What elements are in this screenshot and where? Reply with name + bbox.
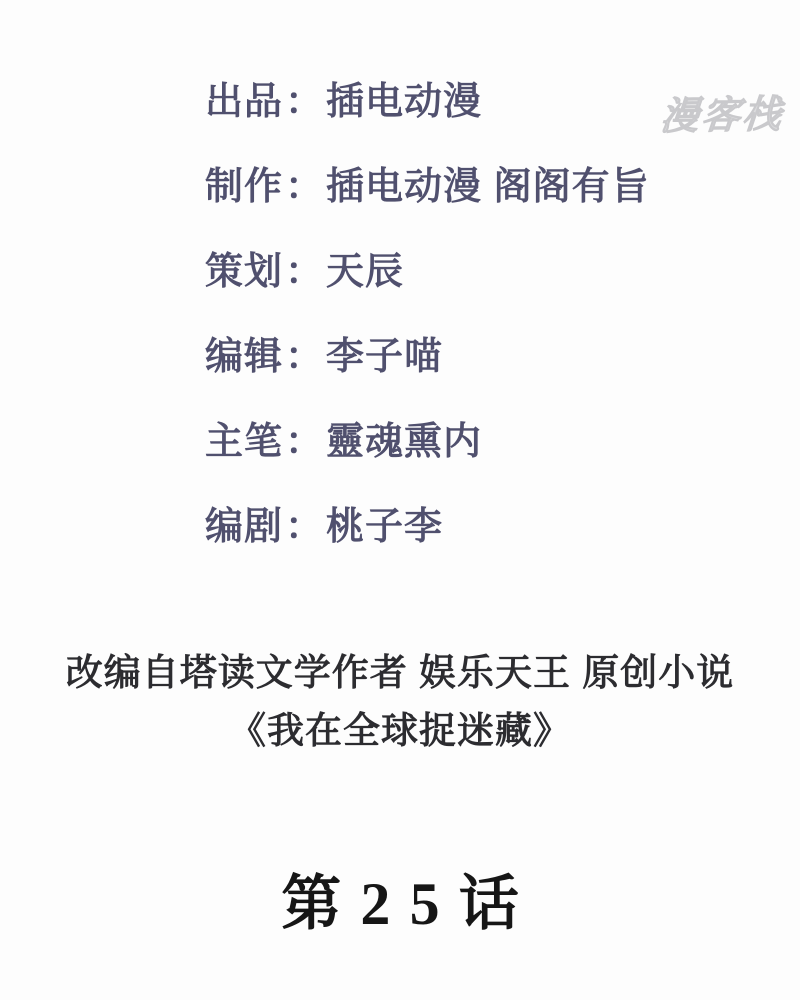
credit-label: 编剧 <box>205 506 283 548</box>
credit-row-editor: 编辑：李子喵 <box>205 338 650 376</box>
credit-separator: ： <box>285 336 324 378</box>
credit-separator: ： <box>285 81 324 123</box>
credit-label: 编辑 <box>205 336 283 378</box>
credit-value: 插电动漫 <box>326 81 482 123</box>
novel-title: 《我在全球捉迷藏》 <box>0 702 800 760</box>
credit-row-lead-artist: 主笔：靈魂熏内 <box>205 423 650 461</box>
credit-value: 天辰 <box>326 251 404 293</box>
credits-list: 出品：插电动漫 制作：插电动漫 阁阁有旨 策划：天辰 编辑：李子喵 主笔：靈魂熏… <box>205 83 650 593</box>
credit-value: 靈魂熏内 <box>326 421 482 463</box>
credit-separator: ： <box>285 166 324 208</box>
credit-separator: ： <box>285 251 324 293</box>
credit-label: 主笔 <box>205 421 283 463</box>
adaptation-source-line: 改编自塔读文学作者 娱乐天王 原创小说 <box>0 644 800 702</box>
mankezhan-watermark-logo: 漫客栈 <box>658 83 786 140</box>
credit-label: 出品 <box>205 81 283 123</box>
chapter-number: 第25话 <box>0 872 800 936</box>
credit-value: 插电动漫 阁阁有旨 <box>326 166 650 208</box>
credit-separator: ： <box>285 421 324 463</box>
credit-row-screenwriter: 编剧：桃子李 <box>205 508 650 546</box>
adaptation-notice: 改编自塔读文学作者 娱乐天王 原创小说 《我在全球捉迷藏》 <box>0 644 800 760</box>
credit-row-producer: 出品：插电动漫 <box>205 83 650 121</box>
credit-label: 策划 <box>205 251 283 293</box>
credit-row-planning: 策划：天辰 <box>205 253 650 291</box>
credit-value: 李子喵 <box>326 336 443 378</box>
comic-credits-page: 漫客栈 出品：插电动漫 制作：插电动漫 阁阁有旨 策划：天辰 编辑：李子喵 主笔… <box>0 0 800 1000</box>
credit-label: 制作 <box>205 166 283 208</box>
credit-separator: ： <box>285 506 324 548</box>
credit-value: 桃子李 <box>326 506 443 548</box>
credit-row-production: 制作：插电动漫 阁阁有旨 <box>205 168 650 206</box>
